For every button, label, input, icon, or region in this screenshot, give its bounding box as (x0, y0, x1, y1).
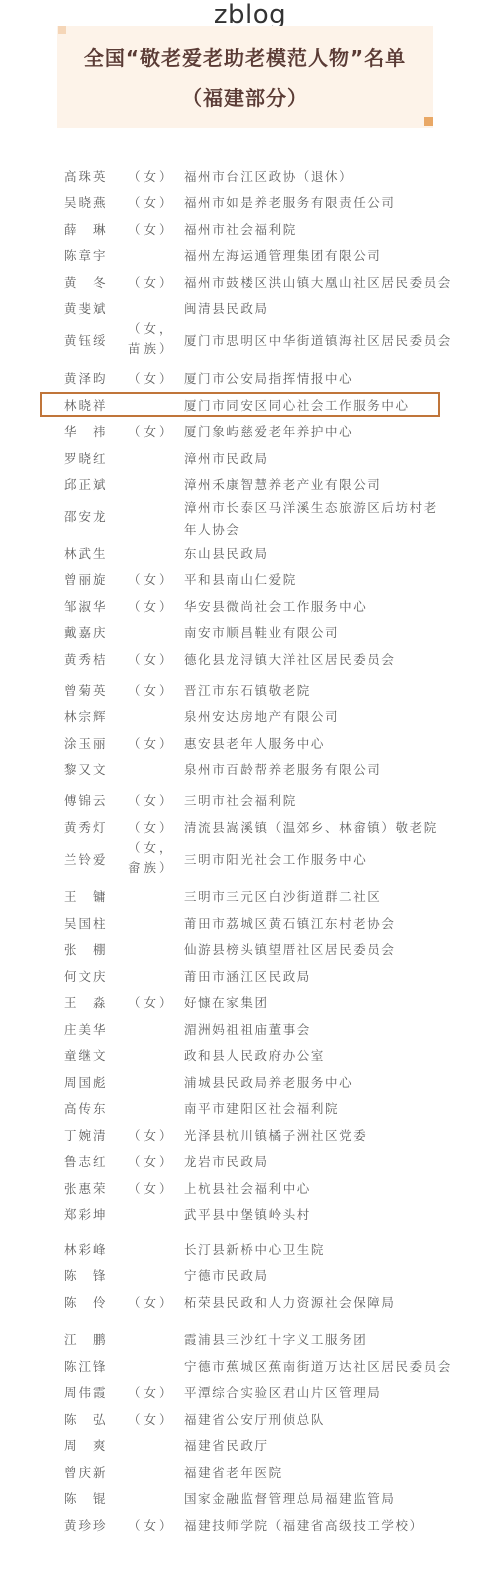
person-organization: 平和县南山仁爱院 (184, 570, 297, 588)
person-name: 涂玉丽 (64, 734, 108, 752)
person-note: （女） (128, 1179, 175, 1197)
person-organization: 三明市社会福利院 (184, 791, 297, 809)
person-name: 周 爽 (64, 1436, 108, 1454)
person-organization: 惠安县老年人服务中心 (184, 734, 325, 752)
person-name: 黄钰绥 (64, 331, 108, 349)
person-organization: 福建省老年医院 (184, 1463, 283, 1481)
person-organization: 霞浦县三沙红十字义工服务团 (184, 1330, 367, 1348)
person-organization: 厦门象屿慈爱老年养护中心 (184, 422, 353, 440)
person-note: （女，畲族） (128, 838, 172, 878)
person-name: 林彩峰 (64, 1240, 108, 1258)
list-item: 曾菊英（女）晋江市东石镇敬老院 (0, 681, 500, 707)
list-item: 林宗辉泉州安达房地产有限公司 (0, 707, 500, 733)
person-organization: 清流县嵩溪镇（温郊乡、林畲镇）敬老院 (184, 818, 438, 836)
person-note: （女） (128, 734, 175, 752)
page-subtitle: （福建部分） (57, 82, 433, 111)
person-organization: 龙岩市民政局 (184, 1152, 269, 1170)
person-name: 高珠英 (64, 167, 108, 185)
person-organization: 福州市鼓楼区洪山镇大凰山社区居民委员会 (184, 273, 452, 291)
person-organization: 莆田市涵江区民政局 (184, 967, 311, 985)
person-name: 黄 冬 (64, 273, 108, 291)
person-organization: 政和县人民政府办公室 (184, 1046, 325, 1064)
list-item: 周 爽福建省民政厅 (0, 1436, 500, 1462)
person-note: （女） (128, 369, 175, 387)
person-name: 邹淑华 (64, 597, 108, 615)
list-item: 黄秀桔（女）德化县龙浔镇大洋社区居民委员会 (0, 650, 500, 676)
person-organization: 晋江市东石镇敬老院 (184, 681, 311, 699)
person-organization: 厦门市思明区中华街道镇海社区居民委员会 (184, 331, 452, 349)
person-name: 黄珍珍 (64, 1516, 108, 1534)
person-organization: 三明市三元区白沙街道群二社区 (184, 887, 381, 905)
person-name: 傅锦云 (64, 791, 108, 809)
list-item: 黄珍珍（女）福建技师学院（福建省高级技工学校） (0, 1516, 500, 1542)
person-note: （女） (128, 650, 175, 668)
person-note: （女） (128, 220, 175, 238)
list-item: 吴晓燕（女）福州市如是养老服务有限责任公司 (0, 193, 500, 219)
person-name: 吴晓燕 (64, 193, 108, 211)
person-note: （女） (128, 167, 175, 185)
list-item: 王 镛三明市三元区白沙街道群二社区 (0, 887, 500, 913)
person-note: （女） (128, 597, 175, 615)
person-organization: 漳州禾康智慧养老产业有限公司 (184, 475, 381, 493)
person-name: 庄美华 (64, 1020, 108, 1038)
person-name: 林宗辉 (64, 707, 108, 725)
list-item: 陈章宇福州左海运通管理集团有限公司 (0, 246, 500, 272)
person-organization: 莆田市荔城区黄石镇江东村老协会 (184, 914, 396, 932)
list-item: 江 鹏霞浦县三沙红十字义工服务团 (0, 1330, 500, 1356)
list-item: 华 祎（女）厦门象屿慈爱老年养护中心 (0, 422, 500, 448)
list-item: 陈 伶（女）柘荣县民政和人力资源社会保障局 (0, 1293, 500, 1319)
list-item: 曾庆新福建省老年医院 (0, 1463, 500, 1489)
person-note: （女） (128, 791, 175, 809)
person-organization: 漳州市长泰区马洋溪生态旅游区后坊村老年人协会 (184, 497, 446, 541)
person-note: （女） (128, 1293, 175, 1311)
person-organization: 南安市顺昌鞋业有限公司 (184, 623, 339, 641)
person-note: （女） (128, 1383, 175, 1401)
list-item: 郑彩坤武平县中堡镇岭头村 (0, 1205, 500, 1231)
person-note: （女） (128, 1126, 175, 1144)
person-name: 童继文 (64, 1046, 108, 1064)
list-item: 陈江锋宁德市蕉城区蕉南街道万达社区居民委员会 (0, 1357, 500, 1383)
list-item: 黎又文泉州市百龄帮养老服务有限公司 (0, 760, 500, 786)
list-item: 涂玉丽（女）惠安县老年人服务中心 (0, 734, 500, 760)
list-item: 黄钰绥（女，苗族）厦门市思明区中华街道镇海社区居民委员会 (0, 331, 500, 357)
person-note: （女） (128, 273, 175, 291)
person-name: 陈 锟 (64, 1489, 108, 1507)
person-organization: 厦门市公安局指挥情报中心 (184, 369, 353, 387)
list-item: 薛 琳（女）福州市社会福利院 (0, 220, 500, 246)
person-name: 陈 锋 (64, 1266, 108, 1284)
person-note: （女，苗族） (128, 319, 172, 359)
list-item: 王 淼（女）好慷在家集团 (0, 993, 500, 1019)
list-item: 庄美华湄洲妈祖祖庙董事会 (0, 1020, 500, 1046)
list-item: 周国彪浦城县民政局养老服务中心 (0, 1073, 500, 1099)
list-item: 邵安龙漳州市长泰区马洋溪生态旅游区后坊村老年人协会 (0, 507, 500, 533)
person-organization: 宁德市蕉城区蕉南街道万达社区居民委员会 (184, 1357, 452, 1375)
person-note: （女） (128, 681, 175, 699)
person-organization: 三明市阳光社会工作服务中心 (184, 850, 367, 868)
person-name: 周国彪 (64, 1073, 108, 1091)
person-organization: 好慷在家集团 (184, 993, 269, 1011)
person-name: 张惠荣 (64, 1179, 108, 1197)
person-organization: 闽清县民政局 (184, 299, 269, 317)
person-name: 曾庆新 (64, 1463, 108, 1481)
person-note: （女） (128, 1410, 175, 1428)
person-name: 曾丽旋 (64, 570, 108, 588)
list-item: 黄秀灯（女）清流县嵩溪镇（温郊乡、林畲镇）敬老院 (0, 818, 500, 844)
person-name: 陈章宇 (64, 246, 108, 264)
person-name: 王 淼 (64, 993, 108, 1011)
list-item: 傅锦云（女）三明市社会福利院 (0, 791, 500, 817)
person-name: 黄泽昀 (64, 369, 108, 387)
person-name: 丁婉清 (64, 1126, 108, 1144)
person-organization: 南平市建阳区社会福利院 (184, 1099, 339, 1117)
person-name: 江 鹏 (64, 1330, 108, 1348)
person-name: 戴嘉庆 (64, 623, 108, 641)
person-organization: 泉州安达房地产有限公司 (184, 707, 339, 725)
person-organization: 平潭综合实验区君山片区管理局 (184, 1383, 381, 1401)
person-organization: 浦城县民政局养老服务中心 (184, 1073, 353, 1091)
list-item: 兰铃爱（女，畲族）三明市阳光社会工作服务中心 (0, 850, 500, 876)
person-organization: 漳州市民政局 (184, 449, 269, 467)
page-title: 全国“敬老爱老助老模范人物”名单 (57, 42, 433, 71)
corner-accent-bottom-right (424, 117, 433, 126)
list-item: 鲁志红（女）龙岩市民政局 (0, 1152, 500, 1178)
person-name: 周伟霞 (64, 1383, 108, 1401)
person-name: 陈 弘 (64, 1410, 108, 1428)
person-organization: 东山县民政局 (184, 544, 269, 562)
person-organization: 福建省民政厅 (184, 1436, 269, 1454)
person-name: 陈 伶 (64, 1293, 108, 1311)
person-name: 邵安龙 (64, 507, 108, 525)
person-name: 薛 琳 (64, 220, 108, 238)
person-name: 罗晓红 (64, 449, 108, 467)
person-name: 华 祎 (64, 422, 108, 440)
person-organization: 福州市如是养老服务有限责任公司 (184, 193, 396, 211)
list-item: 高珠英（女）福州市台江区政协（退休） (0, 167, 500, 193)
list-item: 何文庆莆田市涵江区民政局 (0, 967, 500, 993)
list-item: 黄 冬（女）福州市鼓楼区洪山镇大凰山社区居民委员会 (0, 273, 500, 299)
person-organization: 华安县微尚社会工作服务中心 (184, 597, 367, 615)
person-name: 黄秀灯 (64, 818, 108, 836)
list-item: 黄斐斌闽清县民政局 (0, 299, 500, 325)
person-name: 何文庆 (64, 967, 108, 985)
person-organization: 仙游县榜头镇望厝社区居民委员会 (184, 940, 396, 958)
person-name: 王 镛 (64, 887, 108, 905)
list-item: 曾丽旋（女）平和县南山仁爱院 (0, 570, 500, 596)
list-item: 丁婉清（女）光泽县杭川镇橘子洲社区党委 (0, 1126, 500, 1152)
list-item: 陈 锟国家金融监督管理总局福建监管局 (0, 1489, 500, 1515)
person-name: 鲁志红 (64, 1152, 108, 1170)
person-note: （女） (128, 818, 175, 836)
list-item: 陈 弘（女）福建省公安厅刑侦总队 (0, 1410, 500, 1436)
person-organization: 国家金融监督管理总局福建监管局 (184, 1489, 396, 1507)
person-organization: 宁德市民政局 (184, 1266, 269, 1284)
person-organization: 长汀县新桥中心卫生院 (184, 1240, 325, 1258)
person-name: 邱正斌 (64, 475, 108, 493)
person-organization: 柘荣县民政和人力资源社会保障局 (184, 1293, 396, 1311)
person-name: 兰铃爱 (64, 850, 108, 868)
person-note: （女） (128, 1516, 175, 1534)
person-organization: 德化县龙浔镇大洋社区居民委员会 (184, 650, 396, 668)
person-organization: 泉州市百龄帮养老服务有限公司 (184, 760, 381, 778)
highlight-frame (40, 392, 440, 417)
list-item: 张 棚仙游县榜头镇望厝社区居民委员会 (0, 940, 500, 966)
person-name: 高传东 (64, 1099, 108, 1117)
person-organization: 武平县中堡镇岭头村 (184, 1205, 311, 1223)
person-organization: 福州市社会福利院 (184, 220, 297, 238)
corner-accent-top-left (58, 26, 66, 34)
person-organization: 福建技师学院（福建省高级技工学校） (184, 1516, 424, 1534)
person-name: 曾菊英 (64, 681, 108, 699)
person-organization: 福州市台江区政协（退休） (184, 167, 353, 185)
person-organization: 上杭县社会福利中心 (184, 1179, 311, 1197)
person-note: （女） (128, 1152, 175, 1170)
list-item: 罗晓红漳州市民政局 (0, 449, 500, 475)
person-note: （女） (128, 993, 175, 1011)
list-item: 吴国柱莆田市荔城区黄石镇江东村老协会 (0, 914, 500, 940)
person-name: 黎又文 (64, 760, 108, 778)
person-organization: 福建省公安厅刑侦总队 (184, 1410, 325, 1428)
person-name: 黄秀桔 (64, 650, 108, 668)
person-note: （女） (128, 570, 175, 588)
list-item: 邹淑华（女）华安县微尚社会工作服务中心 (0, 597, 500, 623)
list-item: 林彩峰长汀县新桥中心卫生院 (0, 1240, 500, 1266)
person-note: （女） (128, 193, 175, 211)
list-item: 张惠荣（女）上杭县社会福利中心 (0, 1179, 500, 1205)
list-item: 戴嘉庆南安市顺昌鞋业有限公司 (0, 623, 500, 649)
person-name: 黄斐斌 (64, 299, 108, 317)
list-item: 林武生东山县民政局 (0, 544, 500, 570)
person-organization: 光泽县杭川镇橘子洲社区党委 (184, 1126, 367, 1144)
person-organization: 福州左海运通管理集团有限公司 (184, 246, 381, 264)
person-name: 郑彩坤 (64, 1205, 108, 1223)
person-organization: 湄洲妈祖祖庙董事会 (184, 1020, 311, 1038)
person-name: 陈江锋 (64, 1357, 108, 1375)
person-name: 林武生 (64, 544, 108, 562)
list-item: 周伟霞（女）平潭综合实验区君山片区管理局 (0, 1383, 500, 1409)
person-name: 张 棚 (64, 940, 108, 958)
list-item: 童继文政和县人民政府办公室 (0, 1046, 500, 1072)
list-item: 高传东南平市建阳区社会福利院 (0, 1099, 500, 1125)
list-item: 陈 锋宁德市民政局 (0, 1266, 500, 1292)
person-name: 吴国柱 (64, 914, 108, 932)
person-note: （女） (128, 422, 175, 440)
